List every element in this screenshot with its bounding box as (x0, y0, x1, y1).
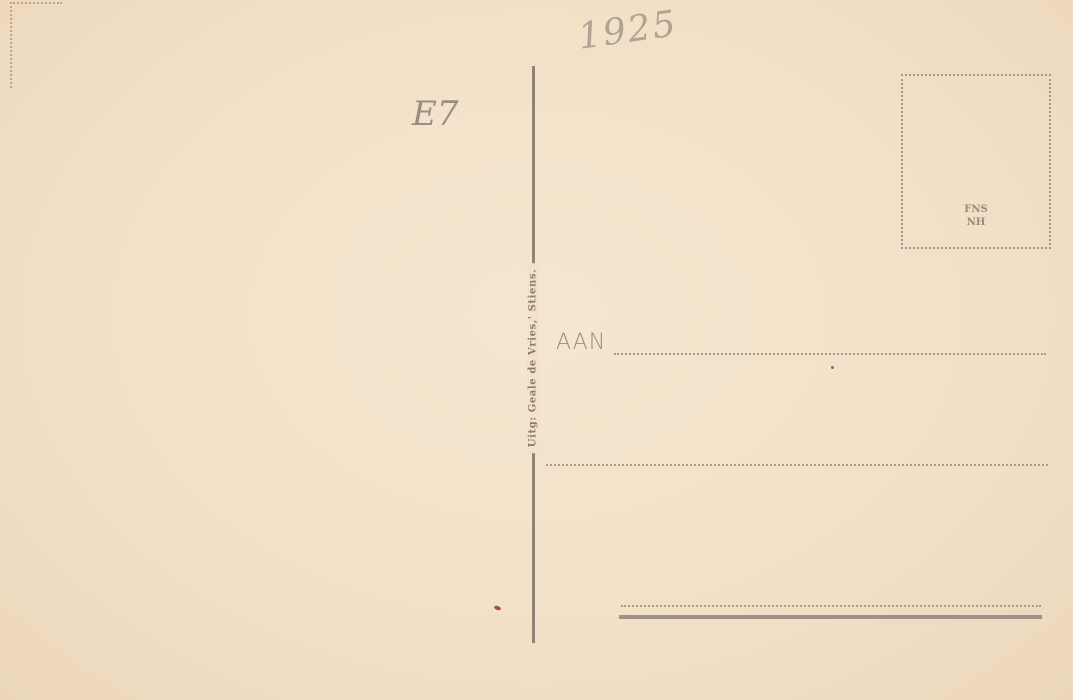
ink-speck (494, 605, 502, 611)
stamp-box-line2: NH (903, 217, 1049, 229)
address-line-1 (614, 353, 1046, 355)
corner-perforation-left (10, 2, 12, 88)
stamp-box-line1: FNS (903, 204, 1049, 216)
stamp-box: FNS NH (901, 74, 1051, 249)
handwritten-code: E7 (412, 94, 458, 134)
handwritten-year: 1925 (576, 3, 680, 57)
postcard-back: 1925 E7 Uitg: Geale de Vries,' Stiens. F… (0, 0, 1073, 700)
publisher-imprint: Uitg: Geale de Vries,' Stiens. (528, 263, 539, 453)
address-label: AAN (556, 330, 606, 355)
address-line-2 (546, 464, 1048, 466)
address-line-3 (621, 605, 1041, 607)
dust-speck (831, 366, 834, 369)
corner-perforation-top (10, 2, 62, 4)
address-underline (619, 615, 1042, 619)
